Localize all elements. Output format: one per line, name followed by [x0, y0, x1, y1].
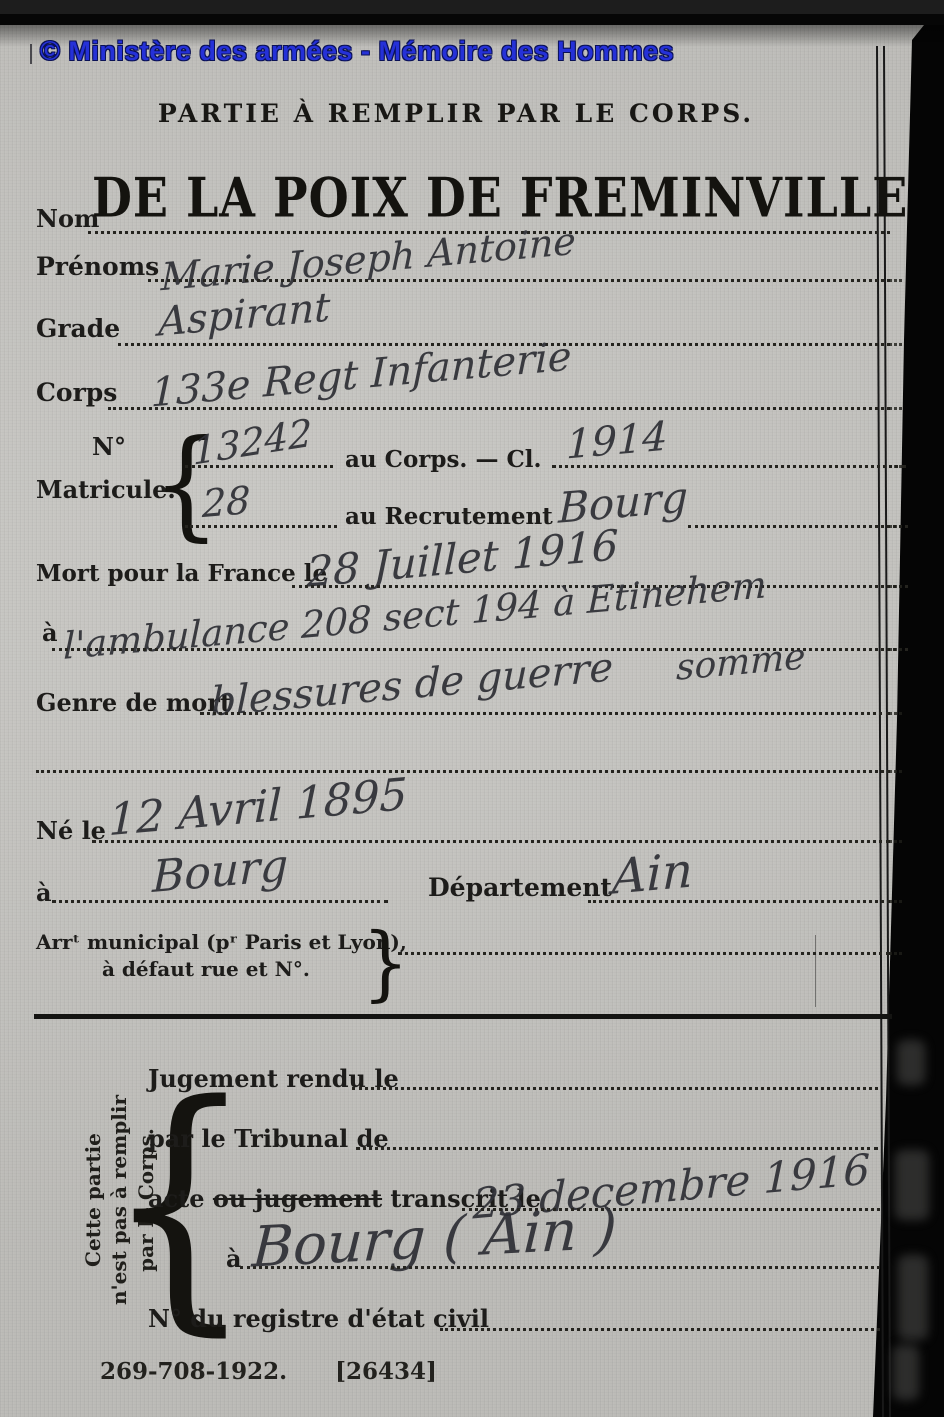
form-title: PARTIE À REMPLIR PAR LE CORPS.: [0, 99, 912, 128]
jugement-rendu-dotted: [352, 1087, 878, 1090]
nom-label: Nom: [36, 204, 99, 233]
left-edge-tick: [30, 44, 32, 64]
dotted-stub: [889, 952, 902, 955]
transcrit-a-dotted: [240, 1266, 880, 1269]
tribunal-dotted: [356, 1147, 878, 1150]
imprint-line: 269-708-1922. [26434]: [100, 1358, 437, 1385]
au-recrutement-label: au Recrutement: [345, 503, 553, 530]
dotted-stub: [889, 525, 902, 528]
corps-dotted-line: [108, 407, 890, 410]
dotted-stub: [889, 465, 902, 468]
dotted-stub: [889, 648, 902, 651]
dotted-stub: [889, 343, 902, 346]
imprint-reference: [26434]: [335, 1358, 437, 1385]
registre-label: N° du registre d'état civil: [148, 1304, 489, 1333]
dotted-stub: [889, 840, 902, 843]
watermark-text: © Ministère des armées - Mémoire des Hom…: [40, 36, 674, 67]
lieu-mort-label: à: [42, 618, 58, 647]
prenoms-dotted-line: [148, 279, 890, 282]
arrondissement-label-line2: à défaut rue et N°.: [102, 957, 310, 981]
scan-smudge: [898, 1255, 928, 1340]
arrondissement-dotted-line: [398, 952, 890, 955]
arrondissement-label-line1: Arrᵗ municipal (pʳ Paris et Lyon),: [36, 930, 407, 954]
stray-vertical-mark: [815, 935, 816, 1007]
dotted-stub: [889, 712, 902, 715]
scan-smudge: [897, 1040, 925, 1085]
nom-value-stamp: DE LA POIX DE FREMINVILLE: [92, 166, 908, 230]
matricule-recrutement-value-handwriting: 28: [202, 478, 251, 526]
classe-dotted: [552, 465, 906, 468]
matricule-recrutement-dotted: [185, 525, 337, 528]
departement-value-handwriting: Ain: [612, 842, 694, 905]
scan-smudge: [895, 1150, 929, 1220]
dotted-stub: [889, 770, 902, 773]
section-divider-rule: [34, 1014, 892, 1019]
ne-a-label: à: [36, 878, 52, 907]
departement-label: Département: [428, 873, 612, 902]
genre-mort-dotted-line: [200, 712, 890, 715]
corps-label: Corps: [36, 378, 117, 407]
ne-a-dotted-line: [52, 900, 388, 903]
departement-dotted-line: [588, 900, 890, 903]
arrondissement-brace: }: [362, 918, 409, 1008]
matricule-label-line1: N°: [92, 432, 126, 461]
ne-le-dotted-line: [92, 840, 890, 843]
prenoms-label: Prénoms: [36, 252, 159, 281]
scan-smudge: [893, 1345, 919, 1400]
classe-value-handwriting: 1914: [566, 413, 668, 468]
matricule-corps-dotted: [185, 465, 333, 468]
dotted-stub: [889, 585, 902, 588]
grade-label: Grade: [36, 314, 120, 343]
tribunal-label: par le Tribunal de: [148, 1124, 389, 1153]
recrutement-dotted-right: [688, 525, 908, 528]
dotted-stub: [889, 279, 902, 282]
empty-dotted-line: [36, 770, 890, 773]
dotted-stub: [889, 900, 902, 903]
scan-top-bar-dark: [0, 14, 944, 25]
acte-prefix: acte: [148, 1184, 213, 1213]
scan-top-bar: [0, 0, 944, 14]
scanned-document: © Ministère des armées - Mémoire des Hom…: [0, 0, 944, 1417]
registre-dotted: [440, 1328, 880, 1331]
au-corps-label: au Corps. — Cl.: [345, 446, 542, 473]
mort-label: Mort pour la France le: [36, 560, 327, 587]
dotted-stub: [889, 407, 902, 410]
acte-struck-text: ou jugement: [213, 1184, 382, 1213]
imprint-number: 269-708-1922.: [100, 1358, 287, 1385]
